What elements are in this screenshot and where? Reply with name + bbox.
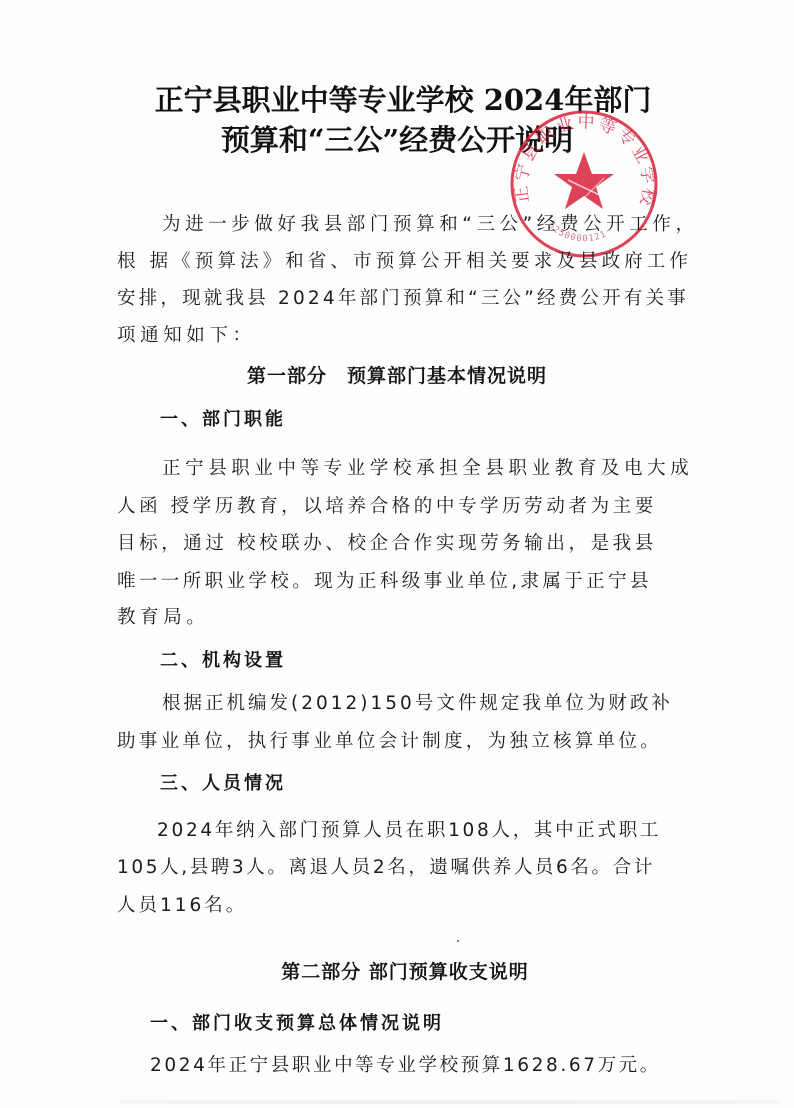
scan-edge-artifact [120,1100,780,1104]
section-heading: 二、机构设置 [160,649,286,673]
body-line: 教育局。 [117,606,209,630]
section-heading: 一、部门职能 [160,408,286,432]
document-title-line2: 预算和“三公”经费公开说明 [0,122,794,158]
body-line: 目标，通过 校校联办、校企合作实现劳务输出，是我县 [117,532,657,556]
body-line: 唯一一所职业学校。现为正科级事业单位,隶属于正宁县 [117,570,652,594]
part2-heading: 第二部分 部门预算收支说明 [8,959,794,985]
document-title-line1: 正宁县职业中等专业学校 2024年部门 [6,82,794,118]
intro-line: 项通知如下： [117,324,256,348]
section-heading: 一、部门收支预算总体情况说明 [150,1012,444,1036]
document-page: 正宁县职业中等专业学校 2024年部门 预算和“三公”经费公开说明 正宁县职业中… [0,0,794,1108]
intro-line: 根 据《预算法》和省、市预算公开相关要求及县政府工作 [117,250,692,274]
intro-line: 为进一步做好我县部门预算和“三公”经费公开工作， [162,213,699,237]
part1-heading: 第一部分 预算部门基本情况说明 [0,363,794,389]
body-line: 人函 授学历教育，以培养合格的中专学历劳动者为主要 [117,495,657,519]
body-line: 助事业单位，执行事业单位会计制度，为独立核算单位。 [117,730,662,754]
scan-speck [457,940,459,942]
body-line: 105人,县聘3人。离退人员2名，遗嘱供养人员6名。合计 [117,856,655,880]
section-heading: 三、人员情况 [160,772,286,796]
body-line: 2024年纳入部门预算人员在职108人，其中正式职工 [157,819,661,843]
body-line: 人员116名。 [117,894,247,918]
body-line: 正宁县职业中等专业学校承担全县职业教育及电大成 [162,457,693,481]
body-line: 根据正机编发(2012)150号文件规定我单位为财政补 [162,692,673,716]
intro-line: 安排，现就我县 2024年部门预算和“三公”经费公开有关事 [117,287,689,311]
star-icon [554,152,614,209]
body-line: 2024年正宁县职业中等专业学校预算1628.67万元。 [150,1054,661,1078]
